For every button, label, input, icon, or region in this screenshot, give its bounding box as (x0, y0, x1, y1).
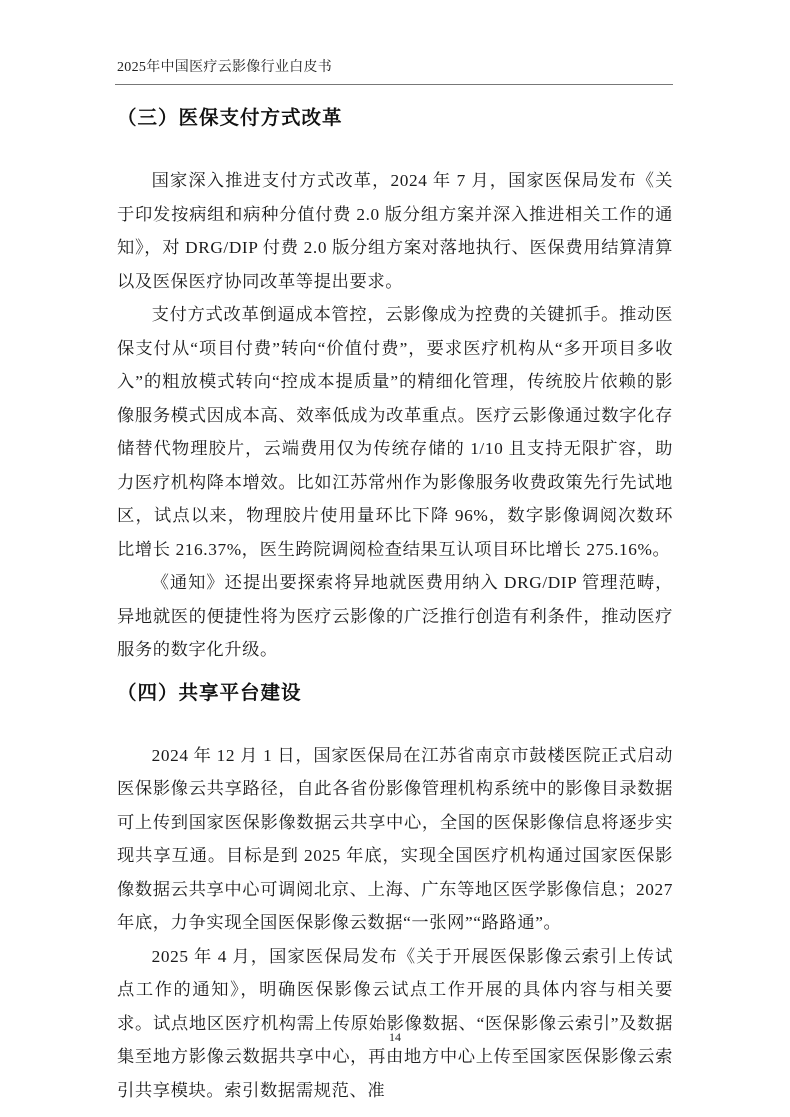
paragraph: 支付方式改革倒逼成本管控，云影像成为控费的关键抓手。推动医保支付从“项目付费”转… (117, 298, 673, 566)
paragraph: 《通知》还提出要探索将异地就医费用纳入 DRG/DIP 管理范畴，异地就医的便捷… (117, 566, 673, 667)
running-header: 2025年中国医疗云影像行业白皮书 (117, 56, 332, 76)
section-heading-sharing-platform: （四）共享平台建设 (117, 677, 673, 710)
section-heading-payment-reform: （三）医保支付方式改革 (117, 102, 673, 135)
paragraph: 国家深入推进支付方式改革，2024 年 7 月，国家医保局发布《关于印发按病组和… (117, 164, 673, 298)
page-body: （三）医保支付方式改革 国家深入推进支付方式改革，2024 年 7 月，国家医保… (117, 102, 673, 1107)
paragraph: 2024 年 12 月 1 日，国家医保局在江苏省南京市鼓楼医院正式启动医保影像… (117, 739, 673, 940)
header-divider (115, 84, 673, 85)
paragraph: 2025 年 4 月，国家医保局发布《关于开展医保影像云索引上传试点工作的通知》… (117, 940, 673, 1108)
page-number: 14 (0, 1030, 790, 1045)
